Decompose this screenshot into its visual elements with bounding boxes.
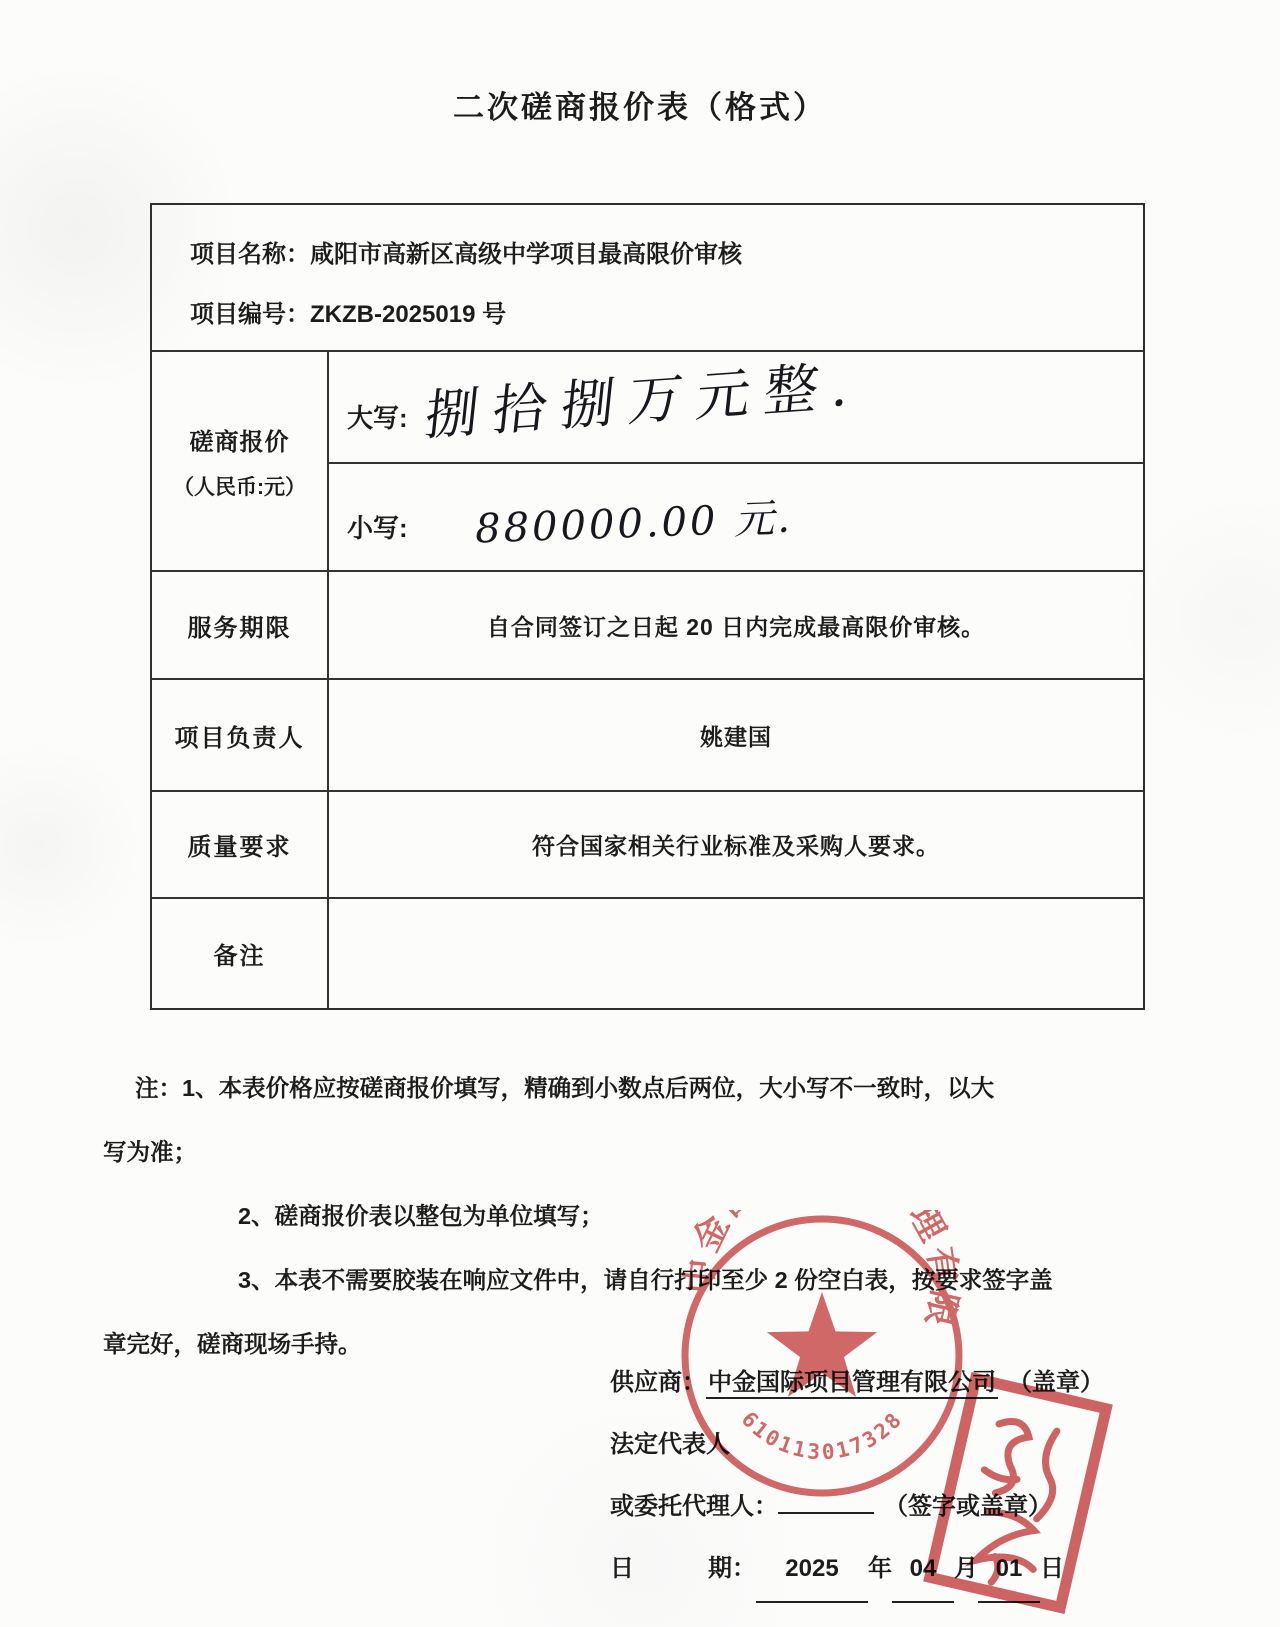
project-info-cell: 项目名称：咸阳市高新区高级中学项目最高限价审核 项目编号：ZKZB-202501…	[152, 205, 1143, 352]
remark-label: 备注	[152, 899, 329, 1008]
uppercase-amount-handwriting: 捌拾捌万元整.	[421, 342, 867, 450]
page-title: 二次磋商报价表（格式）	[0, 82, 1280, 127]
supplier-line: 供应商：中金国际项目管理有限公司（盖章）	[610, 1352, 1104, 1414]
date-line: 日期：2025年04月01日	[610, 1538, 1104, 1600]
uppercase-label: 大写:	[347, 398, 408, 435]
note-line: 3、本表不需要胶装在响应文件中，请自行打印至少 2 份空白表，按要求签字盖	[103, 1248, 1188, 1312]
date-label-ri: 日	[610, 1555, 634, 1582]
service-term-value: 自合同签订之日起 20 日内完成最高限价审核。	[329, 572, 1143, 680]
scanned-document-page: 二次磋商报价表（格式） 项目名称：咸阳市高新区高级中学项目最高限价审核 项目编号…	[0, 0, 1280, 1627]
supplier-suffix: （盖章）	[1008, 1369, 1104, 1396]
agent-label: 或委托代理人：	[610, 1493, 778, 1520]
supplier-label: 供应商：	[610, 1369, 706, 1396]
supplier-name: 中金国际项目管理有限公司	[706, 1369, 998, 1399]
signature-block: 供应商：中金国际项目管理有限公司（盖章） 法定代表人 或委托代理人：（签字或盖章…	[610, 1352, 1104, 1600]
project-name-value: 咸阳市高新区高级中学项目最高限价审核	[310, 241, 742, 268]
project-no-value: ZKZB-2025019 号	[310, 301, 506, 328]
agent-suffix: （签字或盖章）	[884, 1493, 1052, 1520]
note-line: 注：1、本表价格应按磋商报价填写，精确到小数点后两位，大小写不一致时，以大	[103, 1056, 1188, 1120]
quote-label-cell: 磋商报价 （人民币:元）	[152, 352, 329, 572]
date-month-value: 04	[892, 1538, 954, 1603]
project-no-label: 项目编号：	[190, 301, 310, 328]
uppercase-amount-cell: 大写: 捌拾捌万元整.	[329, 352, 1143, 464]
date-month-unit: 月	[954, 1555, 978, 1582]
project-name-label: 项目名称：	[190, 241, 310, 268]
quote-label-line2: （人民币:元）	[173, 471, 306, 501]
legal-rep-label: 法定代表人	[610, 1431, 730, 1458]
footnotes: 注：1、本表价格应按磋商报价填写，精确到小数点后两位，大小写不一致时，以大 写为…	[103, 1056, 1188, 1376]
quote-label-line1: 磋商报价	[190, 422, 290, 457]
note-line: 2、磋商报价表以整包为单位填写；	[103, 1184, 1188, 1248]
project-no-row: 项目编号：ZKZB-2025019 号	[190, 285, 1143, 345]
date-year-unit: 年	[868, 1555, 892, 1582]
remark-value	[329, 899, 1143, 1008]
quotation-form-table: 项目名称：咸阳市高新区高级中学项目最高限价审核 项目编号：ZKZB-202501…	[150, 203, 1145, 1010]
lowercase-amount-handwriting: 880000.00 元.	[474, 486, 794, 554]
project-manager-label: 项目负责人	[152, 680, 329, 792]
date-day-unit: 日	[1040, 1555, 1064, 1582]
lowercase-amount-cell: 小写: 880000.00 元.	[329, 464, 1143, 572]
note-line: 写为准；	[103, 1120, 1188, 1184]
quality-requirement-value: 符合国家相关行业标准及采购人要求。	[329, 792, 1143, 899]
lowercase-label: 小写:	[347, 508, 408, 545]
service-term-label: 服务期限	[152, 572, 329, 680]
date-day-value: 01	[978, 1538, 1040, 1603]
date-year-value: 2025	[756, 1538, 868, 1603]
project-manager-value: 姚建国	[329, 680, 1143, 792]
quality-requirement-label: 质量要求	[152, 792, 329, 899]
project-name-row: 项目名称：咸阳市高新区高级中学项目最高限价审核	[190, 225, 1143, 285]
date-label-qi: 期：	[708, 1555, 756, 1582]
agent-signature-blank	[778, 1486, 874, 1514]
agent-line: 或委托代理人：（签字或盖章）	[610, 1476, 1104, 1538]
legal-representative-line: 法定代表人	[610, 1414, 1104, 1476]
